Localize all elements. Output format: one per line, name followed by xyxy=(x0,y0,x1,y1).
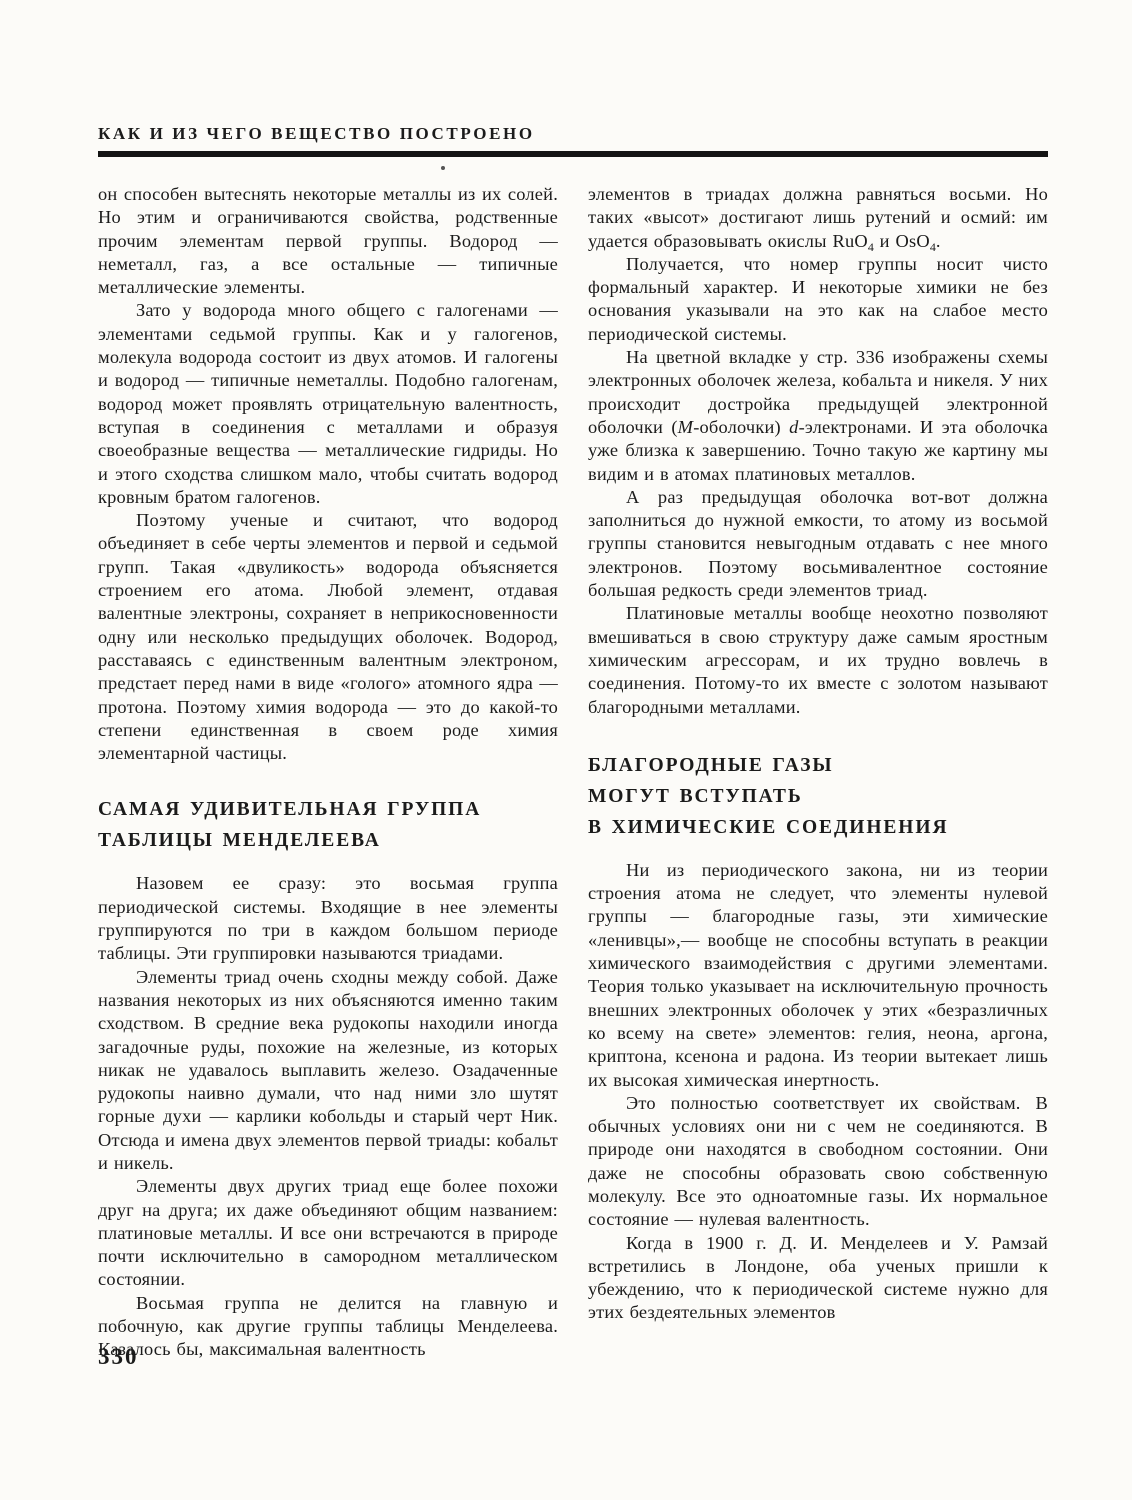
italic-variable: М xyxy=(678,417,694,437)
paragraph-continued: элементов в триадах должна равняться вос… xyxy=(588,183,1048,253)
left-column: он способен вытеснять некоторые металлы … xyxy=(98,183,558,1362)
book-page: КАК И ИЗ ЧЕГО ВЕЩЕСТВО ПОСТРОЕНО он спос… xyxy=(0,0,1132,1500)
section-heading-line: В ХИМИЧЕСКИЕ СОЕДИНЕНИЯ xyxy=(588,817,948,838)
paragraph: Платиновые металлы вообще неохотно позво… xyxy=(588,602,1048,718)
paragraph: Поэтому ученые и считают, что водород об… xyxy=(98,509,558,765)
paragraph: Ни из периодического закона, ни из теори… xyxy=(588,859,1048,1092)
paragraph: Получается, что номер группы носит чисто… xyxy=(588,253,1048,346)
paragraph-continued: он способен вытеснять некоторые металлы … xyxy=(98,183,558,299)
section-heading-line: БЛАГОРОДНЫЕ ГАЗЫ xyxy=(588,755,833,776)
running-head: КАК И ИЗ ЧЕГО ВЕЩЕСТВО ПОСТРОЕНО xyxy=(98,124,1048,144)
paragraph: Элементы двух других триад еще более пох… xyxy=(98,1175,558,1291)
section-heading-line: ТАБЛИЦЫ МЕНДЕЛЕЕВА xyxy=(98,830,381,851)
paragraph: На цветной вкладке у стр. 336 изображены… xyxy=(588,346,1048,486)
paragraph: Когда в 1900 г. Д. И. Менделеев и У. Рам… xyxy=(588,1232,1048,1325)
paragraph-text: и OsO xyxy=(874,231,930,251)
right-column: элементов в триадах должна равняться вос… xyxy=(588,183,1048,1362)
paragraph: Это полностью соответствует их свойствам… xyxy=(588,1092,1048,1232)
page-content: КАК И ИЗ ЧЕГО ВЕЩЕСТВО ПОСТРОЕНО он спос… xyxy=(98,124,1048,1362)
section-heading-line: МОГУТ ВСТУПАТЬ xyxy=(588,786,803,807)
italic-variable: d xyxy=(789,417,798,437)
header-rule xyxy=(98,151,1048,157)
section-heading-right: БЛАГОРОДНЫЕ ГАЗЫ МОГУТ ВСТУПАТЬ В ХИМИЧЕ… xyxy=(588,750,1048,843)
paragraph: Элементы триад очень сходны между собой.… xyxy=(98,966,558,1176)
text-columns: он способен вытеснять некоторые металлы … xyxy=(98,183,1048,1362)
section-heading-line: САМАЯ УДИВИТЕЛЬНАЯ ГРУППА xyxy=(98,799,481,820)
paragraph-text: . xyxy=(936,231,941,251)
paragraph-text: -оболочки) xyxy=(693,417,789,437)
page-number: 330 xyxy=(98,1344,139,1370)
paragraph: А раз предыдущая оболочка вот-вот должна… xyxy=(588,486,1048,602)
paragraph: Восьмая группа не делится на главную и п… xyxy=(98,1292,558,1362)
paragraph: Назовем ее сразу: это восьмая группа пер… xyxy=(98,872,558,965)
paragraph-text: элементов в триадах должна равняться вос… xyxy=(588,184,1048,251)
section-heading-left: САМАЯ УДИВИТЕЛЬНАЯ ГРУППА ТАБЛИЦЫ МЕНДЕЛ… xyxy=(98,794,558,856)
paragraph: Зато у водорода много общего с галогенам… xyxy=(98,299,558,509)
